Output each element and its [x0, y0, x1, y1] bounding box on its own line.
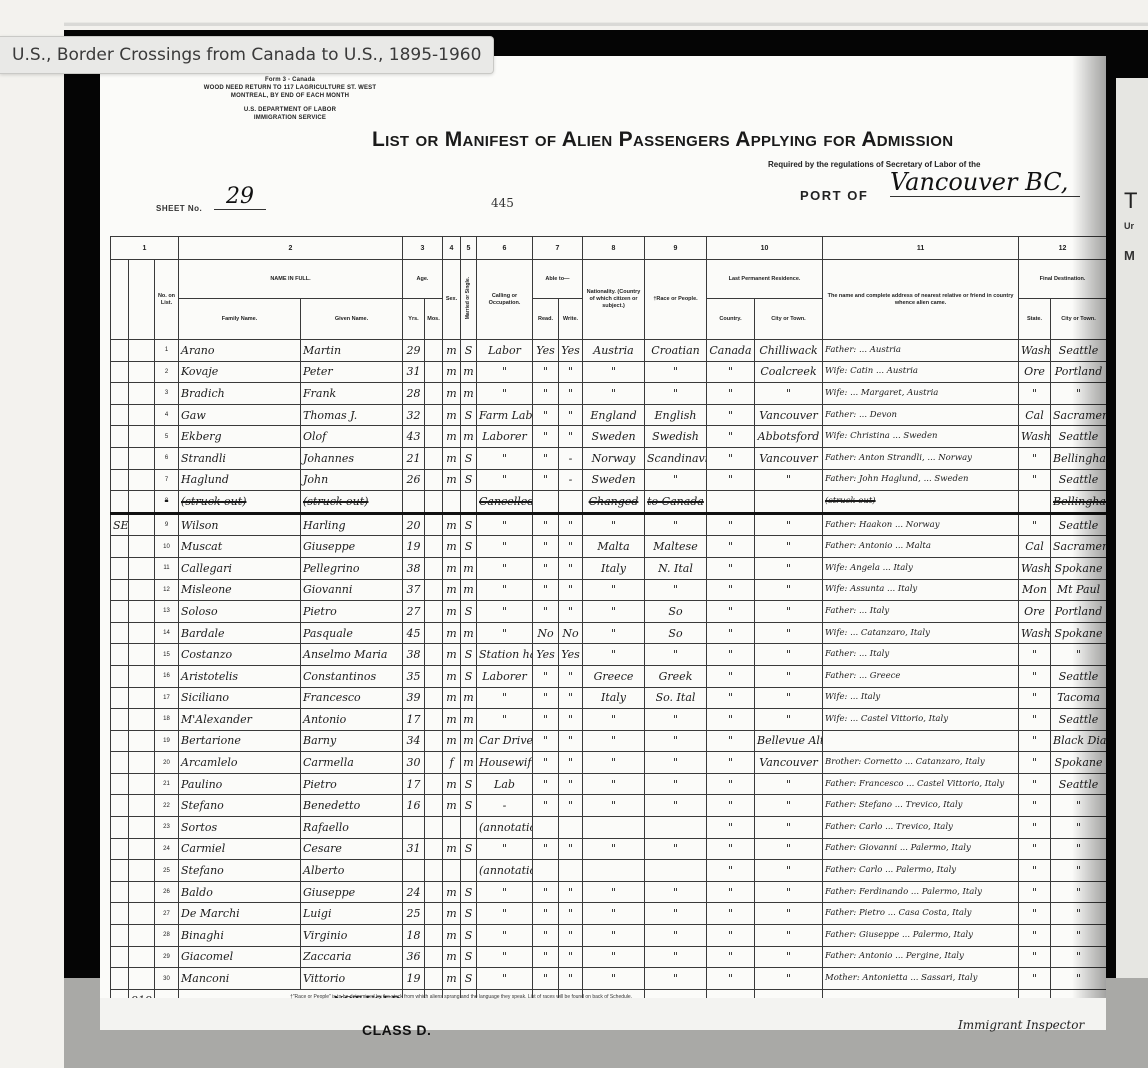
cell-residence-city: " — [755, 644, 823, 666]
cell-residence-country: " — [707, 622, 755, 644]
record-image-viewer[interactable]: T Ur M Form 3 - Canada WOOD NEED RETURN … — [64, 30, 1148, 1068]
cell-occupation: Cancelled — [477, 491, 533, 514]
cell-margin — [129, 709, 155, 731]
cell-can-write: " — [559, 601, 583, 623]
cell-occupation: Laborer — [477, 426, 533, 448]
cell-family-name: Costanzo — [179, 644, 301, 666]
cell-race: So — [645, 601, 707, 623]
cell-given-name: Anselmo Maria — [301, 644, 403, 666]
cell-given-name: Rafaello — [301, 817, 403, 839]
cell-sex: m — [443, 881, 461, 903]
cell-can-write: - — [559, 447, 583, 469]
cell-nationality: " — [583, 925, 645, 947]
cell-family-name: Giacomel — [179, 946, 301, 968]
column-number: 11 — [823, 237, 1019, 260]
cell-margin — [111, 773, 129, 795]
cell-given-name: Frank — [301, 383, 403, 405]
cell-nationality: " — [583, 361, 645, 383]
cell-can-write: Yes — [559, 340, 583, 362]
cell-margin — [111, 687, 129, 709]
cell-destination-state: " — [1019, 513, 1051, 536]
cell-occupation: " — [477, 687, 533, 709]
header-family-name: Family Name. — [179, 299, 301, 340]
cell-can-write: " — [559, 709, 583, 731]
cell-row-number: 21 — [155, 773, 179, 795]
cell-nearest-relative: Wife: Christina ... Sweden — [823, 426, 1019, 448]
margin-column-header — [111, 260, 129, 340]
cell-sex: m — [443, 536, 461, 558]
header-nationality: Nationality. (Country of which citizen o… — [583, 260, 645, 340]
cell-race: " — [645, 838, 707, 860]
cell-can-read: " — [533, 946, 559, 968]
cell-can-write: " — [559, 687, 583, 709]
cell-margin — [129, 730, 155, 752]
cell-given-name: Johannes — [301, 447, 403, 469]
cell-destination-state: " — [1019, 383, 1051, 405]
sheet-number-label: SHEET No. — [156, 204, 202, 213]
cell-row-number: 8 — [155, 491, 179, 514]
cell-can-read: " — [533, 795, 559, 817]
cell-family-name: Arano — [179, 340, 301, 362]
cell-marital-status: S — [461, 665, 477, 687]
passenger-row: 24CarmielCesare31mS"""""""Father: Giovan… — [111, 838, 1107, 860]
form-header-line: U.S. DEPARTMENT OF LABOR — [160, 106, 420, 114]
cell-row-number: 13 — [155, 601, 179, 623]
cell-sex: m — [443, 579, 461, 601]
cell-residence-city: " — [755, 903, 823, 925]
cell-destination-state: " — [1019, 881, 1051, 903]
cell-destination-state: " — [1019, 903, 1051, 925]
cell-marital-status: S — [461, 469, 477, 491]
cell-sex: m — [443, 773, 461, 795]
cell-family-name: Arcamlelo — [179, 752, 301, 774]
cell-race: Swedish — [645, 426, 707, 448]
cell-race: " — [645, 730, 707, 752]
cell-marital-status: m — [461, 426, 477, 448]
cell-given-name: Giovanni — [301, 579, 403, 601]
cell-age-years: 26 — [403, 469, 425, 491]
cell-nearest-relative — [823, 730, 1019, 752]
cell-nearest-relative: Father: Giovanni ... Palermo, Italy — [823, 838, 1019, 860]
cell-age-months — [425, 881, 443, 903]
cell-nearest-relative: Father: ... Greece — [823, 665, 1019, 687]
cell-destination-state: Wash — [1019, 426, 1051, 448]
cell-can-write: " — [559, 795, 583, 817]
form-header-line: IMMIGRATION SERVICE — [160, 114, 420, 122]
cell-can-write: " — [559, 925, 583, 947]
cell-can-read: " — [533, 536, 559, 558]
cell-can-write: Yes — [559, 644, 583, 666]
cell-margin — [111, 709, 129, 731]
header-age: Age. — [403, 260, 443, 299]
cell-can-write: - — [559, 469, 583, 491]
cell-nationality: Austria — [583, 340, 645, 362]
cell-can-read: " — [533, 925, 559, 947]
passenger-row: 6StrandliJohannes21mS""-NorwayScandinavi… — [111, 447, 1107, 469]
cell-can-read: " — [533, 426, 559, 448]
passenger-row: 23SortosRafaello(annotation)""Father: Ca… — [111, 817, 1107, 839]
cell-nationality: " — [583, 579, 645, 601]
port-value: Vancouver BC, — [890, 168, 1080, 197]
cell-residence-city: " — [755, 383, 823, 405]
cell-race: " — [645, 361, 707, 383]
cell-age-months — [425, 773, 443, 795]
cell-race: " — [645, 383, 707, 405]
passenger-row: 7HaglundJohn26mS""-Sweden"""Father: John… — [111, 469, 1107, 491]
cell-nationality: Changed — [583, 491, 645, 514]
passenger-row: 19BertarioneBarny34mmCar Driver"""""Bell… — [111, 730, 1107, 752]
cell-destination-state: " — [1019, 709, 1051, 731]
passenger-row: 25StefanoAlberto(annotation)""Father: Ca… — [111, 860, 1107, 882]
cell-marital-status: m — [461, 752, 477, 774]
cell-race: " — [645, 968, 707, 990]
cell-sex: m — [443, 426, 461, 448]
cell-sex — [443, 491, 461, 514]
cell-given-name: Olof — [301, 426, 403, 448]
cell-can-read: Yes — [533, 340, 559, 362]
cell-destination-state: " — [1019, 968, 1051, 990]
cell-occupation: " — [477, 838, 533, 860]
cell-age-years: 27 — [403, 601, 425, 623]
cell-nearest-relative: Wife: Angela ... Italy — [823, 557, 1019, 579]
cell-can-write: " — [559, 536, 583, 558]
cell-occupation: Farm Laborer — [477, 404, 533, 426]
cell-marital-status: m — [461, 557, 477, 579]
cell-residence-city: Vancouver — [755, 752, 823, 774]
cell-nearest-relative: Father: Giuseppe ... Palermo, Italy — [823, 925, 1019, 947]
cell-row-number: 10 — [155, 536, 179, 558]
column-number: 4 — [443, 237, 461, 260]
form-header-line: Form 3 - Canada — [160, 76, 420, 84]
cell-race: " — [645, 925, 707, 947]
cell-margin — [111, 601, 129, 623]
column-number: 2 — [179, 237, 403, 260]
manifest-title: List or Manifest of Alien Passengers App… — [372, 128, 953, 152]
cell-given-name: Giuseppe — [301, 536, 403, 558]
cell-margin — [129, 469, 155, 491]
cell-marital-status — [461, 860, 477, 882]
cell-margin — [111, 361, 129, 383]
header-nearest-relative: The name and complete address of nearest… — [823, 260, 1019, 340]
cell-family-name: Bradich — [179, 383, 301, 405]
cell-occupation: Station hand — [477, 644, 533, 666]
cell-age-years: 35 — [403, 665, 425, 687]
cell-residence-country: " — [707, 709, 755, 731]
cell-can-write: " — [559, 903, 583, 925]
passenger-row: 27De MarchiLuigi25mS"""""""Father: Pietr… — [111, 903, 1107, 925]
cell-sex: m — [443, 513, 461, 536]
cell-family-name: Paulino — [179, 773, 301, 795]
cell-margin — [111, 881, 129, 903]
cell-residence-country: " — [707, 946, 755, 968]
cell-destination-state: " — [1019, 665, 1051, 687]
cell-can-read: Yes — [533, 644, 559, 666]
cell-family-name: Haglund — [179, 469, 301, 491]
cell-destination-state: Ore — [1019, 601, 1051, 623]
cell-race: " — [645, 513, 707, 536]
cell-race: " — [645, 469, 707, 491]
cell-race: N. Ital — [645, 557, 707, 579]
cell-row-number: 14 — [155, 622, 179, 644]
cell-marital-status: m — [461, 687, 477, 709]
cell-given-name: John — [301, 469, 403, 491]
cell-can-write: " — [559, 838, 583, 860]
cell-destination-state: Ore — [1019, 361, 1051, 383]
header-sex: Sex. — [443, 260, 461, 340]
column-number: 3 — [403, 237, 443, 260]
cell-residence-country: " — [707, 860, 755, 882]
cell-margin — [111, 730, 129, 752]
cell-margin — [129, 426, 155, 448]
cell-margin — [111, 838, 129, 860]
collection-title-tooltip: U.S., Border Crossings from Canada to U.… — [0, 36, 494, 74]
cell-can-read — [533, 860, 559, 882]
cell-residence-country: " — [707, 925, 755, 947]
cell-residence-city: " — [755, 579, 823, 601]
cell-age-years: 19 — [403, 536, 425, 558]
adjacent-page-preview: T Ur M — [1116, 78, 1148, 1068]
cell-occupation: Labor — [477, 340, 533, 362]
cell-nationality: Italy — [583, 687, 645, 709]
cell-margin — [129, 752, 155, 774]
cell-nationality — [583, 860, 645, 882]
passenger-row: 2KovajePeter31mm""""""CoalcreekWife: Cat… — [111, 361, 1107, 383]
cell-age-months — [425, 968, 443, 990]
cell-race: English — [645, 404, 707, 426]
cell-margin — [129, 838, 155, 860]
cell-margin — [129, 665, 155, 687]
cell-sex: m — [443, 730, 461, 752]
cell-marital-status: S — [461, 903, 477, 925]
cell-residence-country: " — [707, 426, 755, 448]
cell-nearest-relative: Wife: ... Italy — [823, 687, 1019, 709]
cell-destination-state: " — [1019, 447, 1051, 469]
passenger-row: 26BaldoGiuseppe24mS"""""""Father: Ferdin… — [111, 881, 1107, 903]
manifest-table: 1 2 3 4 5 6 7 8 9 10 11 12 — [110, 236, 1106, 1013]
cell-marital-status: m — [461, 730, 477, 752]
cell-can-read: " — [533, 773, 559, 795]
cell-can-write: " — [559, 383, 583, 405]
column-number: 8 — [583, 237, 645, 260]
cell-occupation: " — [477, 903, 533, 925]
passenger-row: 3BradichFrank28mm"""""""Wife: ... Margar… — [111, 383, 1107, 405]
passenger-row: 12MisleoneGiovanni37mm"""""""Wife: Assun… — [111, 579, 1107, 601]
cell-sex: m — [443, 447, 461, 469]
cell-destination-state: " — [1019, 817, 1051, 839]
cell-marital-status — [461, 491, 477, 514]
cell-can-write — [559, 817, 583, 839]
cell-margin — [129, 817, 155, 839]
cell-given-name: Benedetto — [301, 795, 403, 817]
cell-residence-country: " — [707, 817, 755, 839]
cell-nationality: " — [583, 622, 645, 644]
cell-residence-country: " — [707, 687, 755, 709]
cell-residence-city: " — [755, 968, 823, 990]
cell-row-number: 1 — [155, 340, 179, 362]
cell-nearest-relative: Brother: Cornetto ... Catanzaro, Italy — [823, 752, 1019, 774]
cell-can-read: " — [533, 968, 559, 990]
cell-sex — [443, 860, 461, 882]
cell-age-months — [425, 860, 443, 882]
cell-can-read: " — [533, 709, 559, 731]
cell-race: to Canada — [645, 491, 707, 514]
cell-given-name: Cesare — [301, 838, 403, 860]
cell-nationality: " — [583, 838, 645, 860]
inspector-signature: Immigrant Inspector — [958, 1018, 1084, 1032]
cell-nationality: " — [583, 730, 645, 752]
cell-marital-status: S — [461, 644, 477, 666]
cell-row-number: 15 — [155, 644, 179, 666]
cell-occupation: " — [477, 622, 533, 644]
cell-margin — [129, 557, 155, 579]
cell-nearest-relative: Wife: ... Margaret, Austria — [823, 383, 1019, 405]
cell-age-years — [403, 491, 425, 514]
header-write: Write. — [559, 299, 583, 340]
cell-margin — [111, 665, 129, 687]
cell-marital-status: S — [461, 881, 477, 903]
cell-residence-country: " — [707, 361, 755, 383]
cell-race: So. Ital — [645, 687, 707, 709]
cell-sex: m — [443, 622, 461, 644]
manifest-scan-page: Form 3 - Canada WOOD NEED RETURN TO 117 … — [100, 56, 1106, 1028]
cell-age-years: 36 — [403, 946, 425, 968]
cell-occupation: " — [477, 447, 533, 469]
cell-row-number: 19 — [155, 730, 179, 752]
cell-margin — [111, 968, 129, 990]
cell-given-name: Pietro — [301, 601, 403, 623]
page-fold-shadow — [1072, 56, 1106, 1028]
passenger-row: SEABURY9WilsonHarling20mS"""""""Father: … — [111, 513, 1107, 536]
cell-can-write: " — [559, 404, 583, 426]
cell-sex: m — [443, 925, 461, 947]
cell-margin — [111, 795, 129, 817]
cell-age-years: 30 — [403, 752, 425, 774]
cell-nearest-relative: Father: Anton Strandli, ... Norway — [823, 447, 1019, 469]
cell-family-name: Soloso — [179, 601, 301, 623]
form-header-line: WOOD NEED RETURN TO 117 LAGRICULTURE ST.… — [160, 84, 420, 92]
cell-race — [645, 860, 707, 882]
form-header: Form 3 - Canada WOOD NEED RETURN TO 117 … — [160, 76, 420, 122]
cell-residence-city: Vancouver — [755, 404, 823, 426]
cell-sex: m — [443, 838, 461, 860]
header-race: †Race or People. — [645, 260, 707, 340]
cell-given-name: Barny — [301, 730, 403, 752]
adjacent-page-line: M — [1124, 248, 1135, 263]
cell-nearest-relative: Wife: ... Castel Vittorio, Italy — [823, 709, 1019, 731]
cell-age-months — [425, 622, 443, 644]
cell-destination-state: " — [1019, 469, 1051, 491]
cell-can-write: " — [559, 665, 583, 687]
cell-age-years — [403, 817, 425, 839]
cell-nearest-relative: Father: Francesco ... Castel Vittorio, I… — [823, 773, 1019, 795]
cell-age-years: 37 — [403, 579, 425, 601]
cell-residence-country: " — [707, 404, 755, 426]
cell-can-write: " — [559, 426, 583, 448]
cell-residence-country: " — [707, 838, 755, 860]
cell-can-read: " — [533, 665, 559, 687]
cell-destination-state: Wash — [1019, 622, 1051, 644]
cell-given-name: Thomas J. — [301, 404, 403, 426]
cell-row-number: 7 — [155, 469, 179, 491]
cell-age-years: 16 — [403, 795, 425, 817]
cell-destination-state: Wash — [1019, 557, 1051, 579]
cell-age-months — [425, 383, 443, 405]
cell-residence-country: " — [707, 752, 755, 774]
cell-nearest-relative: Father: Antonio ... Pergine, Italy — [823, 946, 1019, 968]
cell-can-read: " — [533, 601, 559, 623]
cell-residence-city: " — [755, 838, 823, 860]
cell-occupation: " — [477, 361, 533, 383]
cell-destination-state: " — [1019, 773, 1051, 795]
cell-margin — [111, 536, 129, 558]
cell-residence-city: " — [755, 795, 823, 817]
cell-row-number: 16 — [155, 665, 179, 687]
cell-nearest-relative: Father: ... Austria — [823, 340, 1019, 362]
cell-age-months — [425, 644, 443, 666]
cell-family-name: De Marchi — [179, 903, 301, 925]
cell-given-name: Giuseppe — [301, 881, 403, 903]
header-married-single-text: Married or Single. — [465, 277, 472, 319]
cell-given-name: Alberto — [301, 860, 403, 882]
cell-margin — [129, 903, 155, 925]
cell-nationality: Sweden — [583, 426, 645, 448]
cell-margin — [129, 687, 155, 709]
cell-nationality: Greece — [583, 665, 645, 687]
column-number: 7 — [533, 237, 583, 260]
form-header-line: MONTREAL, BY END OF EACH MONTH — [160, 92, 420, 100]
header-name-in-full: NAME IN FULL. — [179, 260, 403, 299]
cell-residence-city: " — [755, 622, 823, 644]
cell-nearest-relative: Father: Pietro ... Casa Costa, Italy — [823, 903, 1019, 925]
cell-age-years: 34 — [403, 730, 425, 752]
cell-destination-state: " — [1019, 795, 1051, 817]
cell-can-read: " — [533, 513, 559, 536]
passenger-row: 28BinaghiVirginio18mS"""""""Father: Gius… — [111, 925, 1107, 947]
cell-can-read: " — [533, 383, 559, 405]
cell-age-months — [425, 361, 443, 383]
cell-sex: m — [443, 469, 461, 491]
cell-family-name: Strandli — [179, 447, 301, 469]
cell-family-name: Muscat — [179, 536, 301, 558]
cell-age-months — [425, 447, 443, 469]
cell-residence-country: " — [707, 557, 755, 579]
cell-nearest-relative: Father: ... Italy — [823, 644, 1019, 666]
cell-occupation: (annotation) — [477, 860, 533, 882]
cell-family-name: Sortos — [179, 817, 301, 839]
cell-row-number: 12 — [155, 579, 179, 601]
cell-can-write: " — [559, 752, 583, 774]
cell-can-write — [559, 491, 583, 514]
cell-row-number: 20 — [155, 752, 179, 774]
cell-given-name: Virginio — [301, 925, 403, 947]
cell-race: " — [645, 773, 707, 795]
cell-nearest-relative: Father: Ferdinando ... Palermo, Italy — [823, 881, 1019, 903]
cell-margin — [111, 447, 129, 469]
cell-sex: m — [443, 557, 461, 579]
cell-sex: m — [443, 709, 461, 731]
cell-given-name: Pellegrino — [301, 557, 403, 579]
cell-sex: m — [443, 361, 461, 383]
cell-age-months — [425, 579, 443, 601]
cell-age-months — [425, 557, 443, 579]
cell-margin — [129, 925, 155, 947]
column-number: 1 — [111, 237, 179, 260]
header-no-on-list: No. on List. — [155, 260, 179, 340]
cell-nearest-relative: Wife: Catin ... Austria — [823, 361, 1019, 383]
cell-residence-country: Canada — [707, 340, 755, 362]
column-number: 6 — [477, 237, 533, 260]
passenger-row: 30ManconiVittorio19mS"""""""Mother: Anto… — [111, 968, 1107, 990]
